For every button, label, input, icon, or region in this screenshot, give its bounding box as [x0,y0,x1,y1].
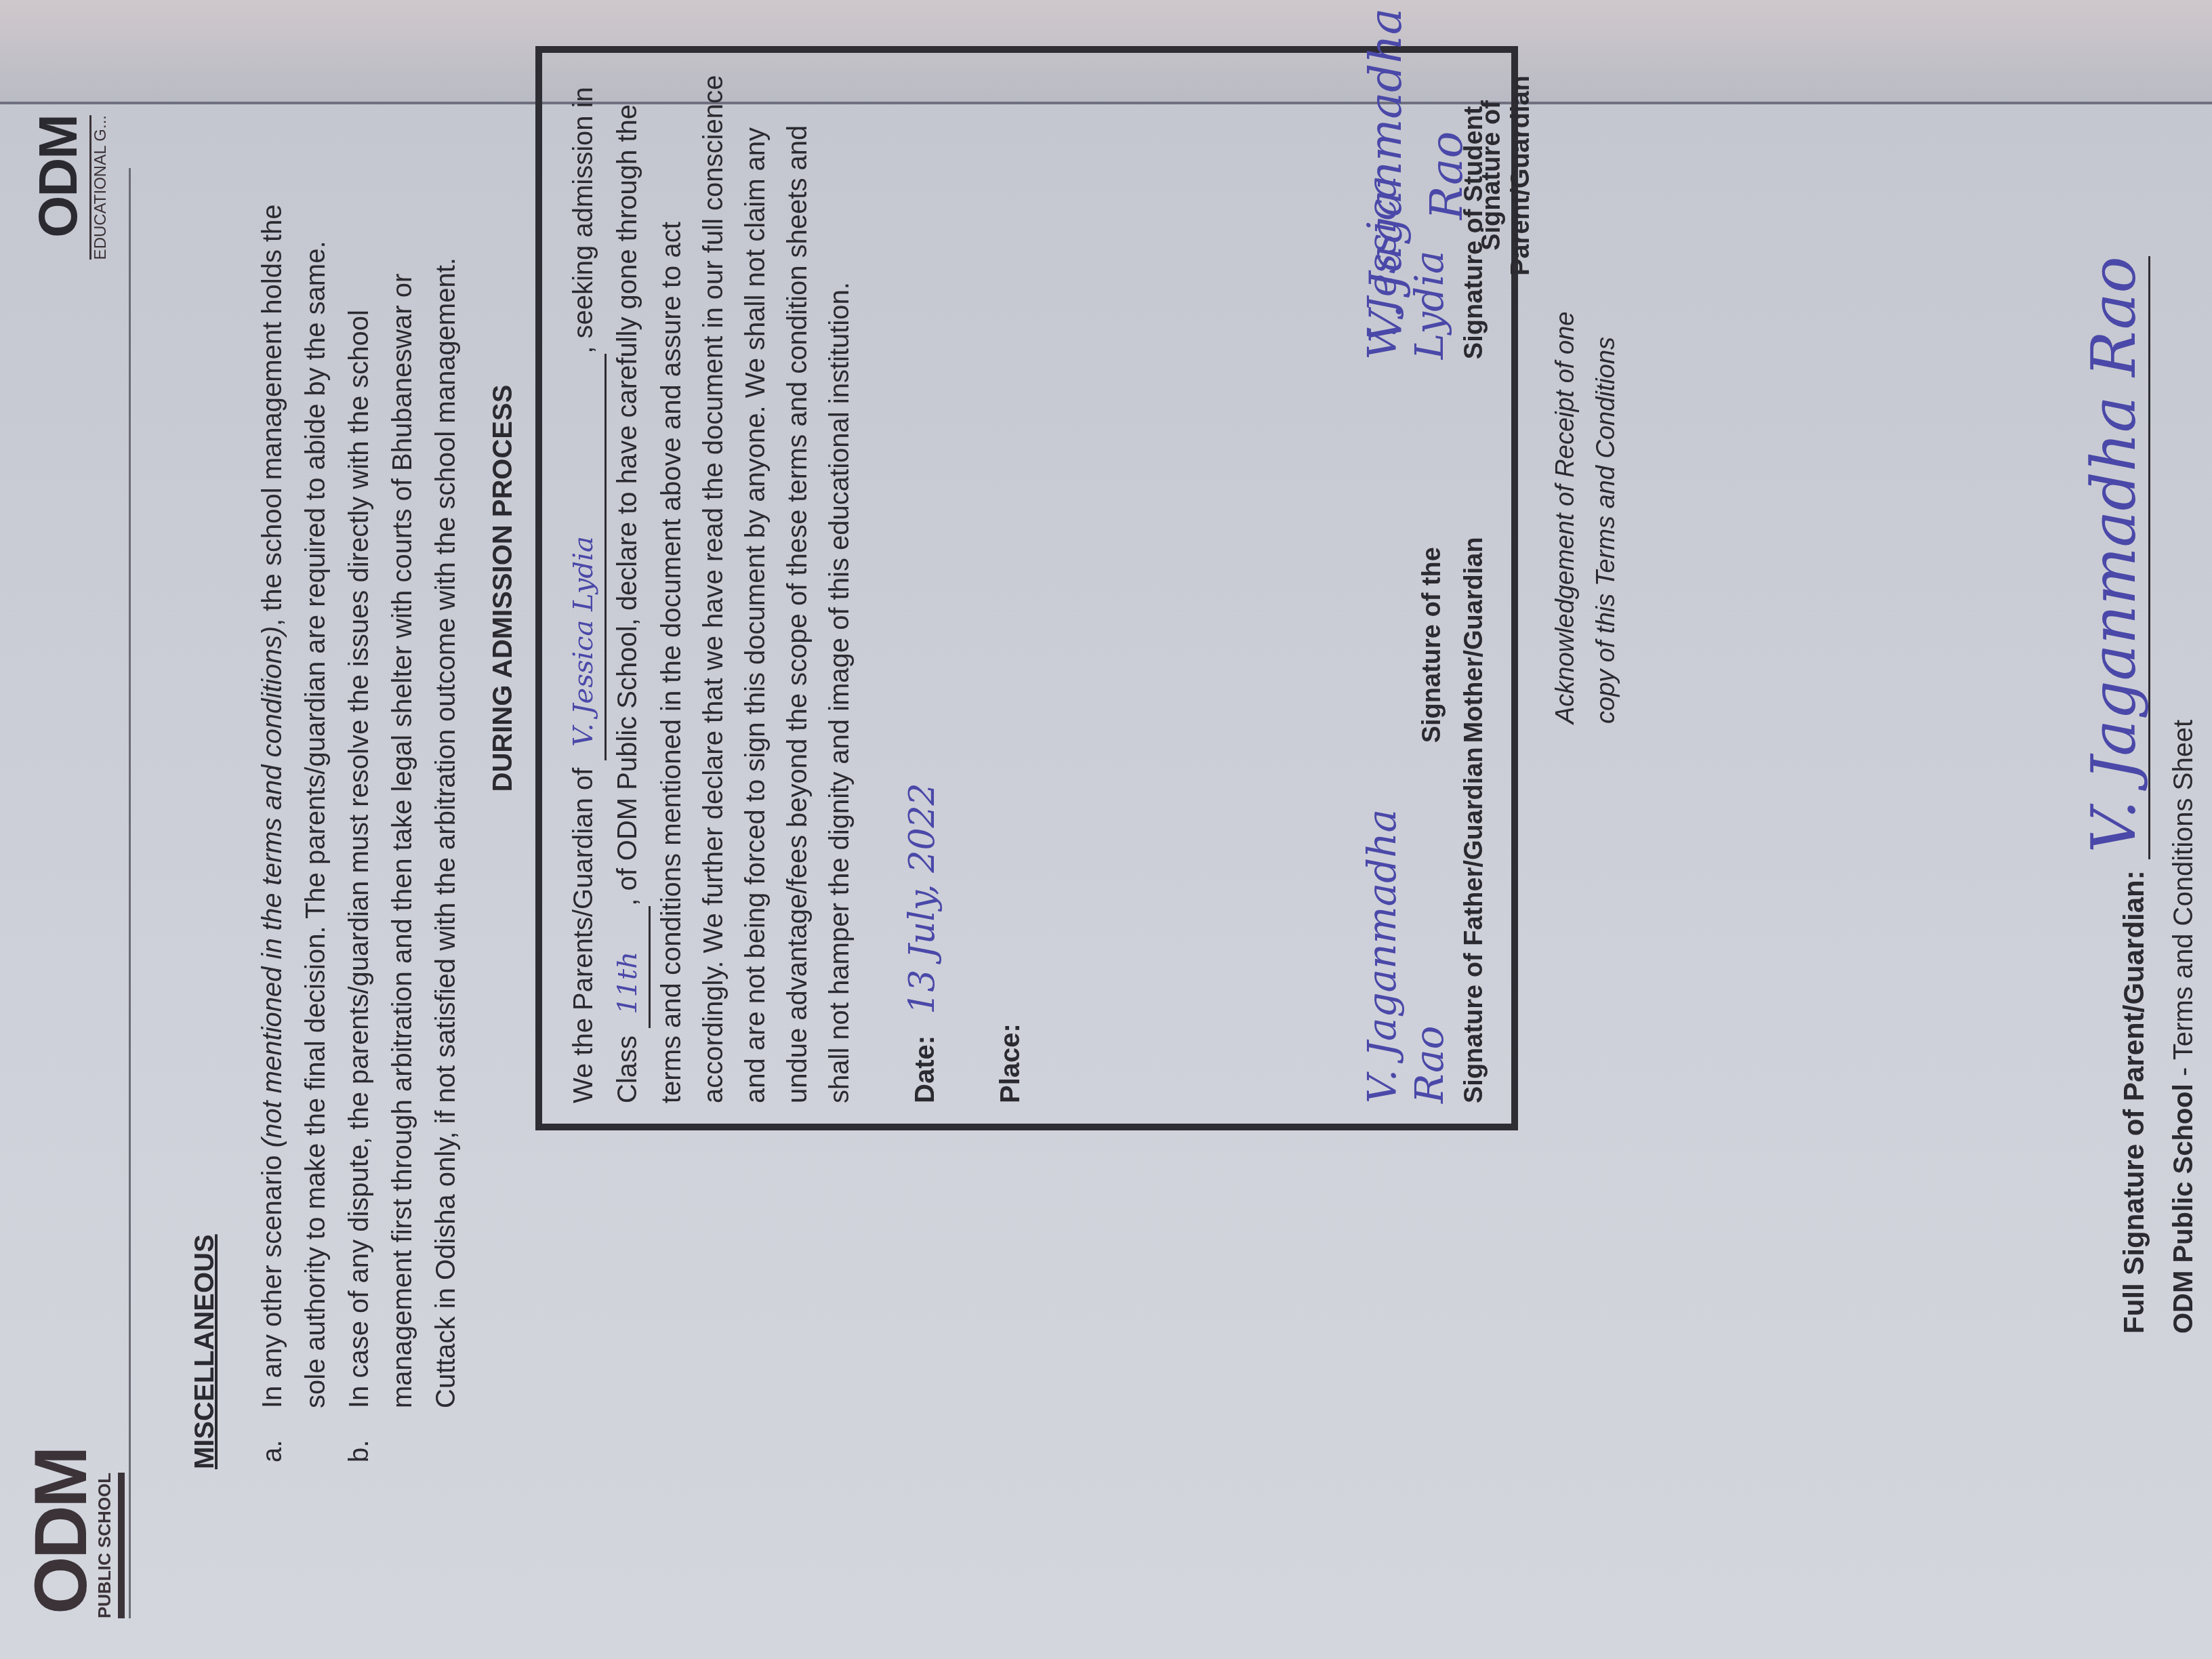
miscellaneous-list: a. In any other scenario (not mentioned … [251,188,468,1408]
school-logo-text: ODM [27,1448,94,1614]
document-page: ODM PUBLIC SCHOOL ODM EDUCATIONAL G... M… [0,0,2212,1659]
parent-signature: V. Jaganmadha Rao Signature of Parent/Gu… [1355,0,1536,351]
acknowledgement-text: Acknowledgement of Receipt of one copy o… [1545,312,1626,724]
declaration-title: DURING ADMISSION PROCESS [488,46,518,1130]
class-field[interactable]: 11th [607,906,651,1028]
date-field[interactable]: 13 July, 2022 [902,783,943,1015]
school-logo: ODM PUBLIC SCHOOL [27,1449,125,1618]
group-logo-text: ODM [27,115,89,260]
list-item: a. In any other scenario (not mentioned … [251,188,337,1408]
father-signature: V. Jaganmadha Rao Signature of Father/Gu… [1358,743,1495,1103]
full-signature-field[interactable]: V. Jaganmadha Rao [2081,256,2150,859]
date-row: Date: 13 July, 2022 [901,73,946,1103]
section-title: MISCELLANEOUS [190,1234,220,1469]
mother-signature: Signature of the Mother/Guardian [1411,359,1495,743]
father-signature-field[interactable]: V. Jaganmadha Rao [1358,743,1453,1103]
page-footer: ODM Public School - Terms and Conditions… [2169,720,2199,1334]
header-divider [129,168,131,1618]
place-row: Place: [987,73,1031,1103]
school-logo-subtext: PUBLIC SCHOOL [94,1473,125,1618]
full-signature: Full Signature of Parent/Guardian: V. Ja… [2081,256,2150,1334]
declaration-text: We the Parents/Guardian of V. Jessica Ly… [562,73,861,1103]
group-logo-subtext: EDUCATIONAL G... [89,115,110,260]
parent-signature-field[interactable]: V. Jaganmadha Rao [1355,0,1477,351]
list-item: b. In case of any dispute, the parents/g… [337,188,468,1408]
student-name-field[interactable]: V. Jessica Lydia [562,354,607,760]
group-logo: ODM EDUCATIONAL G... [27,115,110,260]
